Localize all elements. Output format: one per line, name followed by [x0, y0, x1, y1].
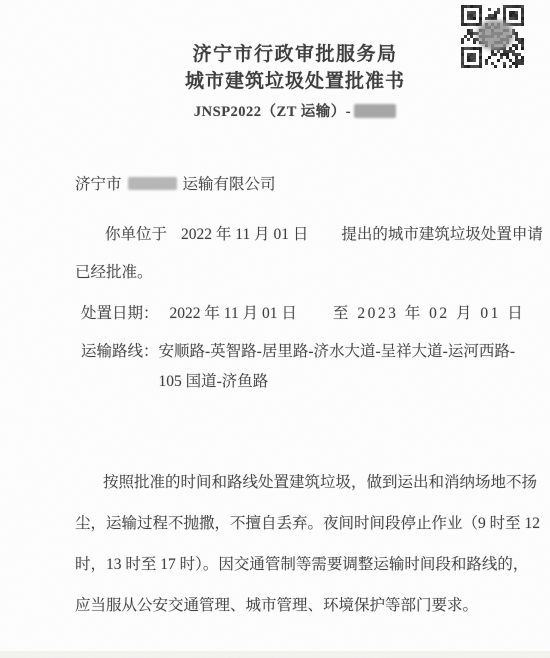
doc-number-redaction — [354, 104, 396, 118]
requirements-paragraph: 按照批准的时间和路线处置建筑垃圾，做到运出和消纳场地不扬 尘，运输过程不抛撒，不… — [75, 462, 520, 626]
requirements-line-4: 应当服从公安交通管理、城市管理、环境保护等部门要求。 — [75, 585, 520, 626]
scan-bottom-edge — [0, 651, 550, 658]
route-text-line1: 安顺路-英智路-居里路-济水大道-呈祥大道-运河西路- — [159, 337, 515, 367]
application-date: 2022 年 11 月 01 日 — [181, 226, 308, 243]
route-label: 运输路线： — [81, 337, 159, 397]
requirements-line-2: 尘，运输过程不抛撒，不擅自丢弃。夜间时间段停止作业（9 时至 12 — [75, 503, 520, 544]
doc-number-text: JNSP2022（ZT 运输）- — [194, 104, 351, 120]
doc-number-line: JNSP2022（ZT 运输）- — [55, 100, 535, 121]
agency-title: 济宁市行政审批服务局 — [55, 39, 535, 66]
recipient-suffix: 运输有限公司 — [183, 176, 276, 193]
recipient-name-redaction — [128, 177, 177, 190]
route-text-line2: 105 国道-济鱼路 — [159, 367, 515, 397]
disposal-period-line: 处置日期：2022 年 11 月 01 日至2023 年 02 月 01 日 — [81, 301, 525, 323]
approval-line: 已经批准。 — [75, 260, 153, 282]
requirements-line-3: 时，13 时至 17 时）。因交通管制等需要调整运输时间段和路线的， — [75, 544, 520, 585]
disposal-label: 处置日期： — [81, 305, 159, 322]
application-line: 你单位于2022 年 11 月 01 日提出的城市建筑垃圾处置申请 — [105, 222, 543, 244]
application-lead: 你单位于 — [105, 226, 167, 243]
disposal-end-date: 2023 年 02 月 01 日 — [357, 305, 525, 322]
disposal-to: 至 — [333, 305, 349, 322]
document-page: 济宁市行政审批服务局 城市建筑垃圾处置批准书 JNSP2022（ZT 运输）- … — [0, 0, 550, 658]
doc-title: 城市建筑垃圾处置批准书 — [55, 66, 535, 93]
transport-route-line: 运输路线： 安顺路-英智路-居里路-济水大道-呈祥大道-运河西路- 105 国道… — [81, 337, 515, 397]
disposal-start-date: 2022 年 11 月 01 日 — [170, 305, 297, 322]
route-text: 安顺路-英智路-居里路-济水大道-呈祥大道-运河西路- 105 国道-济鱼路 — [159, 337, 515, 397]
recipient-prefix: 济宁市 — [75, 176, 122, 193]
requirements-line-1: 按照批准的时间和路线处置建筑垃圾，做到运出和消纳场地不扬 — [75, 462, 520, 503]
recipient-line: 济宁市运输有限公司 — [75, 172, 276, 194]
application-tail: 提出的城市建筑垃圾处置申请 — [341, 226, 543, 243]
